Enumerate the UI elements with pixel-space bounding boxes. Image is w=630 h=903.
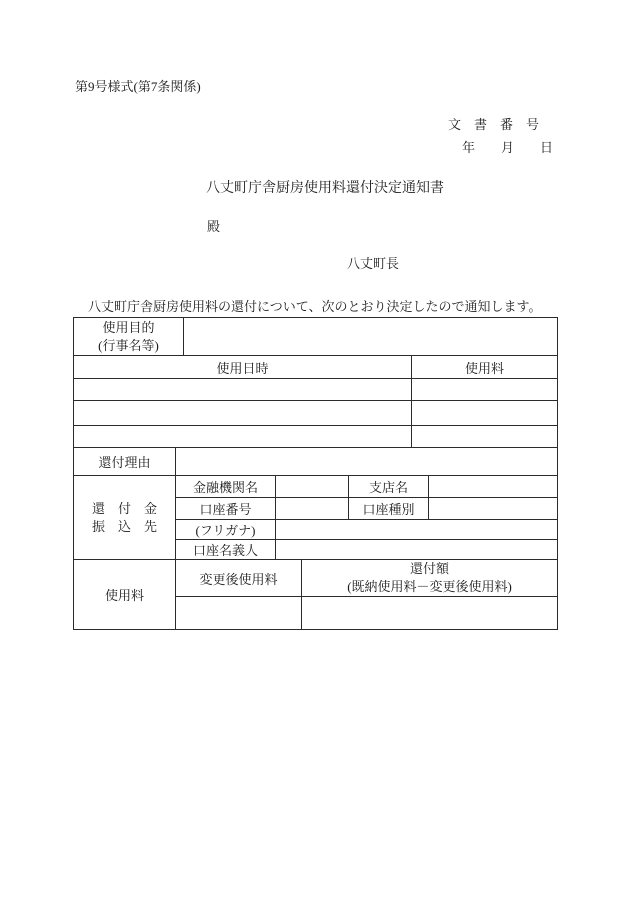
- account-number-label-cell: 口座番号: [176, 498, 276, 520]
- purpose-label-cell: 使用目的 (行事名等): [74, 318, 184, 356]
- usage-fee-row1-cell: [412, 379, 558, 401]
- account-type-value-cell: [429, 498, 558, 520]
- financial-institution-label-cell: 金融機関名: [176, 476, 276, 498]
- purpose-label-line1: 使用目的: [76, 319, 181, 337]
- purpose-label-line2: (行事名等): [76, 337, 181, 355]
- branch-label-cell: 支店名: [349, 476, 429, 498]
- furigana-label-cell: (フリガナ): [176, 520, 276, 540]
- account-type-label-cell: 口座種別: [349, 498, 429, 520]
- transfer-label-line2: 振 込 先: [76, 518, 173, 536]
- account-holder-label-cell: 口座名義人: [176, 540, 276, 560]
- addressee-honorific: 殿: [207, 219, 220, 235]
- refund-amount-value-cell: [302, 597, 558, 630]
- purpose-value-cell: [184, 318, 558, 356]
- furigana-value-cell: [276, 520, 558, 540]
- fee-section-label-cell: 使用料: [74, 560, 176, 630]
- branch-value-cell: [429, 476, 558, 498]
- refund-amount-line2: (既納使用料－変更後使用料): [304, 578, 555, 596]
- usage-fee-row3-cell: [412, 426, 558, 448]
- refund-amount-header-cell: 還付額 (既納使用料－変更後使用料): [302, 560, 558, 597]
- financial-institution-value-cell: [276, 476, 349, 498]
- page-title: 八丈町庁舎厨房使用料還付決定通知書: [206, 181, 444, 198]
- body-text: 八丈町庁舎厨房使用料の還付について、次のとおり決定したので通知します。: [88, 299, 541, 315]
- changed-fee-value-cell: [176, 597, 302, 630]
- usage-datetime-row2-cell: [74, 401, 412, 426]
- form-number: 第9号様式(第7条関係): [75, 79, 201, 95]
- issuer-name: 八丈町長: [347, 256, 399, 272]
- usage-fee-header-cell: 使用料: [412, 356, 558, 379]
- account-holder-value-cell: [276, 540, 558, 560]
- refund-notice-table: 使用目的 (行事名等) 使用日時 使用料 還付理由 還 付: [73, 317, 558, 630]
- refund-reason-value-cell: [176, 448, 558, 476]
- account-number-value-cell: [276, 498, 349, 520]
- document-number-label: 文 書 番 号: [448, 117, 539, 133]
- usage-fee-row2-cell: [412, 401, 558, 426]
- date-line: 年 月 日: [462, 140, 553, 156]
- usage-datetime-row1-cell: [74, 379, 412, 401]
- refund-notice-document: 第9号様式(第7条関係) 文 書 番 号 年 月 日 八丈町庁舎厨房使用料還付決…: [0, 0, 630, 903]
- refund-reason-label-cell: 還付理由: [74, 448, 176, 476]
- changed-fee-header-cell: 変更後使用料: [176, 560, 302, 597]
- refund-amount-line1: 還付額: [304, 560, 555, 578]
- transfer-destination-label-cell: 還 付 金 振 込 先: [74, 476, 176, 560]
- transfer-label-line1: 還 付 金: [76, 500, 173, 518]
- usage-datetime-row3-cell: [74, 426, 412, 448]
- usage-datetime-header-cell: 使用日時: [74, 356, 412, 379]
